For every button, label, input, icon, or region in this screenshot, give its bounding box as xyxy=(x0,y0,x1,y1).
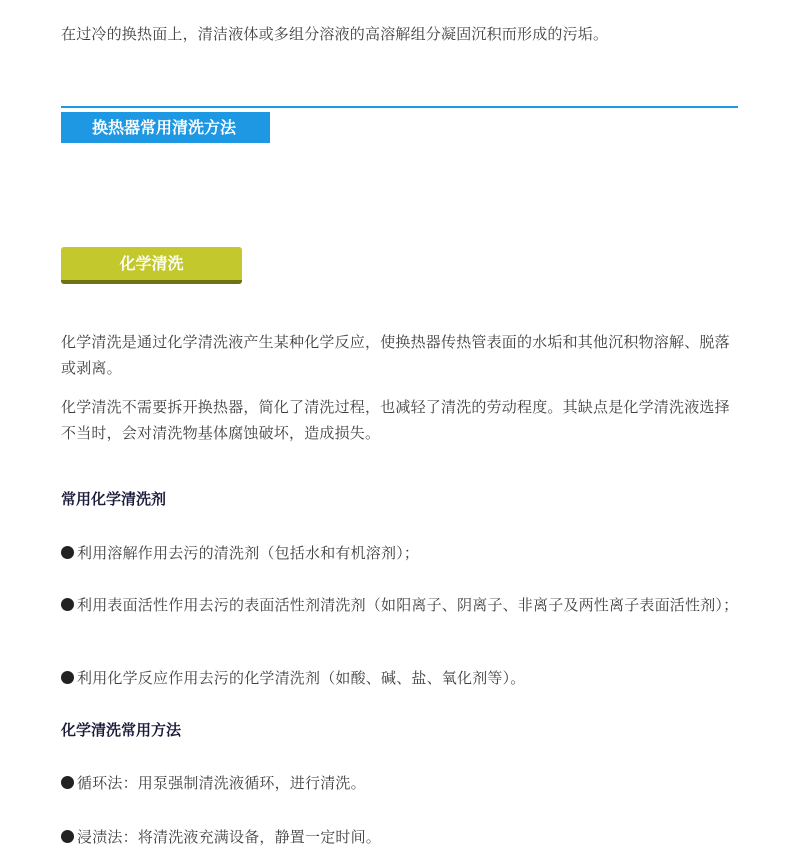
section-banner: 换热器常用清洗方法 xyxy=(61,112,270,143)
bullet-icon xyxy=(61,830,74,843)
methods-heading: 化学清洗常用方法 xyxy=(61,718,181,742)
bullet-icon xyxy=(61,776,74,789)
section-banner-title: 换热器常用清洗方法 xyxy=(92,118,236,137)
list-item-agent: 利用溶解作用去污的清洗剂（包括水和有机溶剂）； xyxy=(61,540,739,566)
intro-paragraph: 在过冷的换热面上，清洁液体或多组分溶液的高溶解组分凝固沉积而形成的污垢。 xyxy=(61,21,739,47)
subsection-banner: 化学清洗 xyxy=(61,247,242,284)
bullet-icon xyxy=(61,546,74,559)
paragraph-pros-cons: 化学清洗不需要拆开换热器，简化了清洗过程，也减轻了清洗的劳动程度。其缺点是化学清… xyxy=(61,394,739,446)
list-item-text: 浸渍法：将清洗液充满设备，静置一定时间。 xyxy=(77,828,381,846)
section-divider xyxy=(61,106,738,108)
agents-heading: 常用化学清洗剂 xyxy=(61,487,166,511)
list-item-method: 浸渍法：将清洗液充满设备，静置一定时间。 xyxy=(61,824,739,850)
list-item-text: 利用表面活性作用去污的表面活性剂清洗剂（如阳离子、阴离子、非离子及两性离子表面活… xyxy=(77,596,738,614)
list-item-method: 循环法：用泵强制清洗液循环，进行清洗。 xyxy=(61,770,739,796)
subsection-banner-title: 化学清洗 xyxy=(119,254,183,273)
list-item-agent: 利用化学反应作用去污的化学清洗剂（如酸、碱、盐、氧化剂等）。 xyxy=(61,665,739,691)
list-item-agent: 利用表面活性作用去污的表面活性剂清洗剂（如阳离子、阴离子、非离子及两性离子表面活… xyxy=(61,592,739,618)
bullet-icon xyxy=(61,598,74,611)
bullet-icon xyxy=(61,671,74,684)
list-item-text: 利用化学反应作用去污的化学清洗剂（如酸、碱、盐、氧化剂等）。 xyxy=(77,669,526,687)
list-item-text: 利用溶解作用去污的清洗剂（包括水和有机溶剂）； xyxy=(77,544,419,562)
paragraph-definition: 化学清洗是通过化学清洗液产生某种化学反应，使换热器传热管表面的水垢和其他沉积物溶… xyxy=(61,329,739,381)
list-item-text: 循环法：用泵强制清洗液循环，进行清洗。 xyxy=(77,774,366,792)
